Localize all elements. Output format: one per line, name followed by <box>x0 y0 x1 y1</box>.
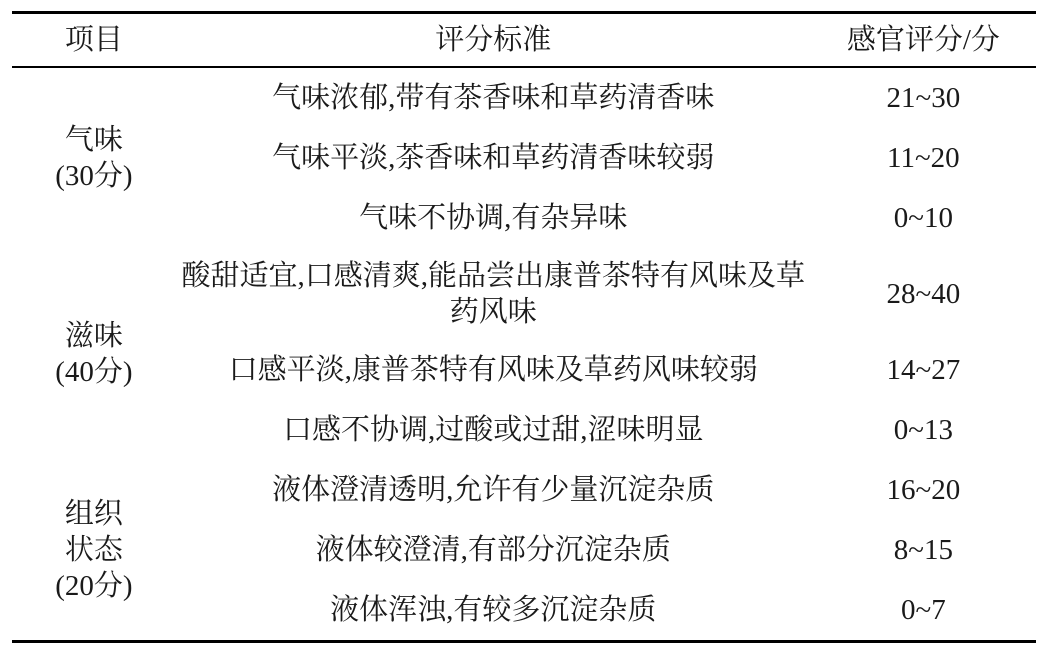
column-header-item: 项目 <box>12 13 176 68</box>
item-name: 状态 <box>16 532 172 568</box>
criteria-cell: 气味浓郁,带有茶香味和草药清香味 <box>176 67 811 128</box>
score-cell: 0~7 <box>811 580 1036 642</box>
column-header-criteria: 评分标准 <box>176 13 811 68</box>
item-name: 滋味 <box>16 318 172 354</box>
score-cell: 11~20 <box>811 128 1036 188</box>
sensory-score-table: 项目 评分标准 感官评分/分 气味 (30分) 气味浓郁,带有茶香味和草药清香味… <box>12 11 1036 643</box>
score-cell: 16~20 <box>811 460 1036 520</box>
score-cell: 0~13 <box>811 400 1036 460</box>
table-row: 气味 (30分) 气味浓郁,带有茶香味和草药清香味 21~30 <box>12 67 1036 128</box>
criteria-cell: 气味平淡,茶香味和草药清香味较弱 <box>176 128 811 188</box>
document-page: 项目 评分标准 感官评分/分 气味 (30分) 气味浓郁,带有茶香味和草药清香味… <box>0 0 1048 653</box>
table-row: 组织 状态 (20分) 液体澄清透明,允许有少量沉淀杂质 16~20 <box>12 460 1036 520</box>
item-cell-taste: 滋味 (40分) <box>12 248 176 460</box>
item-total-points: (30分) <box>16 158 172 194</box>
score-cell: 8~15 <box>811 520 1036 580</box>
score-cell: 21~30 <box>811 67 1036 128</box>
item-name: 气味 <box>16 122 172 158</box>
item-name: 组织 <box>16 496 172 532</box>
column-header-score: 感官评分/分 <box>811 13 1036 68</box>
item-cell-smell: 气味 (30分) <box>12 67 176 248</box>
criteria-cell: 液体澄清透明,允许有少量沉淀杂质 <box>176 460 811 520</box>
criteria-cell: 口感不协调,过酸或过甜,涩味明显 <box>176 400 811 460</box>
table-row: 滋味 (40分) 酸甜适宜,口感清爽,能品尝出康普茶特有风味及草药风味 28~4… <box>12 248 1036 340</box>
criteria-cell: 液体浑浊,有较多沉淀杂质 <box>176 580 811 642</box>
item-total-points: (20分) <box>16 568 172 604</box>
header-row: 项目 评分标准 感官评分/分 <box>12 13 1036 68</box>
item-total-points: (40分) <box>16 354 172 390</box>
item-cell-appearance: 组织 状态 (20分) <box>12 460 176 642</box>
criteria-cell: 酸甜适宜,口感清爽,能品尝出康普茶特有风味及草药风味 <box>176 248 811 340</box>
score-cell: 0~10 <box>811 188 1036 248</box>
criteria-cell: 液体较澄清,有部分沉淀杂质 <box>176 520 811 580</box>
criteria-cell: 口感平淡,康普茶特有风味及草药风味较弱 <box>176 340 811 400</box>
score-cell: 14~27 <box>811 340 1036 400</box>
criteria-cell: 气味不协调,有杂异味 <box>176 188 811 248</box>
score-cell: 28~40 <box>811 248 1036 340</box>
